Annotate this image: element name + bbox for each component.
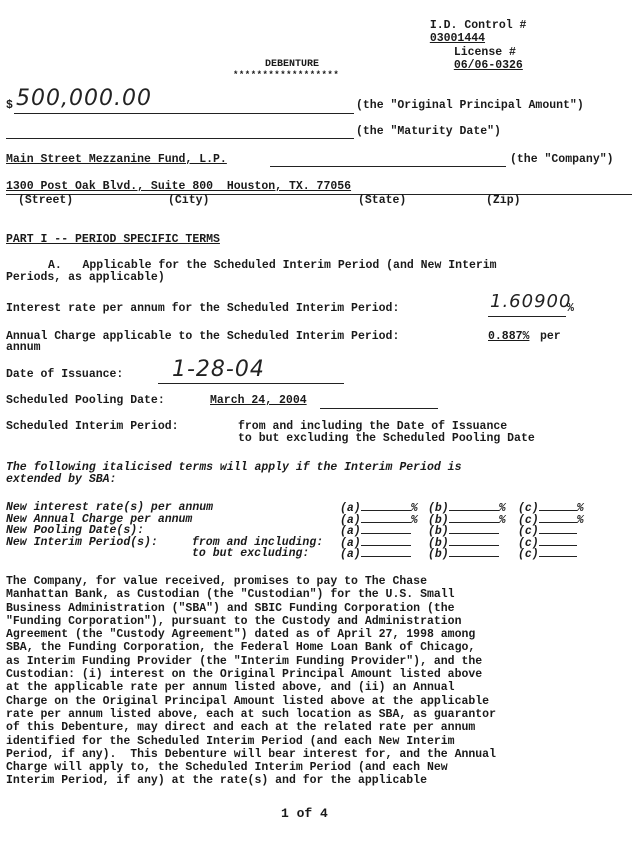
slot-blank-field[interactable] [539, 524, 577, 534]
slot-suffix: % [499, 514, 506, 527]
slot-label: (c) [518, 548, 539, 561]
extension-intro-line2: extended by SBA: [6, 473, 116, 486]
slot-blank-field[interactable] [449, 501, 499, 511]
annual-charge-line2: annum [6, 341, 41, 354]
paragraph-line: Charge on the Original Principal Amount … [6, 695, 626, 708]
caption-street: (Street) [18, 194, 73, 207]
slot-blank-field[interactable] [449, 513, 499, 523]
paragraph-line: as Interim Funding Provider (the "Interi… [6, 655, 626, 668]
slot-blank-field[interactable] [361, 524, 411, 534]
paragraph-line: "Funding Corporation"), pursuant to the … [6, 615, 626, 628]
slot-blank-field[interactable] [361, 547, 411, 557]
maturity-label: (the "Maturity Date") [356, 125, 501, 138]
principal-label: (the "Original Principal Amount") [356, 99, 584, 112]
principal-line [14, 113, 354, 114]
extension-slot: (a) [340, 547, 411, 561]
slot-label: (b) [428, 548, 449, 561]
license: License # 06/06-0326 [440, 33, 523, 72]
slot-blank-field[interactable] [539, 513, 577, 523]
section-a-line2: Periods, as applicable) [6, 271, 165, 284]
slot-blank-field[interactable] [449, 524, 499, 534]
paragraph-line: SBA, the Funding Corporation, the Federa… [6, 641, 626, 654]
pooling-line [320, 408, 438, 409]
slot-blank-field[interactable] [539, 501, 577, 511]
slot-label: (a) [340, 548, 361, 561]
paragraph-line: Business Administration ("SBA") and SBIC… [6, 602, 626, 615]
maturity-line [6, 138, 354, 139]
paragraph-line: at the applicable rate per annum listed … [6, 681, 626, 694]
paragraph-line: Interim Period, if any) at the rate(s) a… [6, 774, 626, 787]
principal-prefix: $ [6, 99, 13, 112]
address-value: 1300 Post Oak Blvd., Suite 800 Houston, … [6, 180, 351, 193]
paragraph-line: Period, if any). This Debenture will bea… [6, 748, 626, 761]
extension-row-sublabel: to but excluding: [192, 547, 309, 560]
interest-suffix: % [567, 302, 574, 315]
slot-blank-field[interactable] [449, 536, 499, 546]
paragraph-line: Agreement (the "Custody Agreement") date… [6, 628, 626, 641]
caption-zip: (Zip) [486, 194, 521, 207]
interim-line2: to but excluding the Scheduled Pooling D… [238, 432, 535, 445]
interim-label: Scheduled Interim Period: [6, 420, 179, 433]
caption-city: (City) [168, 194, 209, 207]
slot-blank-field[interactable] [361, 513, 411, 523]
pooling-value: March 24, 2004 [210, 394, 307, 407]
company-label: (the "Company") [510, 153, 614, 166]
paragraph-line: identified for the Scheduled Interim Per… [6, 735, 626, 748]
part1-heading: PART I -- PERIOD SPECIFIC TERMS [6, 233, 220, 246]
slot-blank-field[interactable] [361, 536, 411, 546]
principal-value: 500,000.00 [16, 86, 152, 111]
slot-suffix: % [577, 514, 584, 527]
slot-blank-field[interactable] [539, 536, 577, 546]
company-value: Main Street Mezzanine Fund, L.P. [6, 153, 227, 166]
issuance-line [158, 383, 344, 384]
license-value: 06/06-0326 [454, 59, 523, 72]
extension-slot: (c) [518, 547, 577, 561]
slot-suffix: % [411, 514, 418, 527]
slot-blank-field[interactable] [361, 501, 411, 511]
company-line [270, 166, 506, 167]
address-line [6, 194, 632, 195]
pooling-label: Scheduled Pooling Date: [6, 394, 165, 407]
annual-charge-label: Annual Charge applicable to the Schedule… [6, 330, 399, 343]
paragraph-line: Charge will apply to, the Scheduled Inte… [6, 761, 626, 774]
interest-line [488, 316, 566, 317]
annual-charge-value: 0.887% [488, 330, 529, 343]
slot-blank-field[interactable] [539, 547, 577, 557]
extension-row-label: New Interim Period(s): [6, 536, 158, 549]
annual-charge-suffix: per [540, 330, 561, 343]
extension-slot: (b) [428, 547, 499, 561]
page-number: 1 of 4 [281, 806, 328, 821]
caption-state: (State) [358, 194, 406, 207]
body-paragraph: The Company, for value received, promise… [6, 575, 626, 788]
document-title: DEBENTURE [265, 59, 319, 70]
slot-blank-field[interactable] [449, 547, 499, 557]
id-control-label: I.D. Control # [430, 19, 527, 32]
title-stars: ****************** [233, 70, 339, 80]
issuance-value: 1-28-04 [172, 357, 265, 382]
issuance-label: Date of Issuance: [6, 368, 123, 381]
paragraph-line: The Company, for value received, promise… [6, 575, 626, 588]
interest-label: Interest rate per annum for the Schedule… [6, 302, 399, 315]
paragraph-line: Manhattan Bank, as Custodian (the "Custo… [6, 588, 626, 601]
paragraph-line: of this Debenture, may direct and each a… [6, 721, 626, 734]
interest-value: 1.60900 [490, 291, 571, 312]
paragraph-line: rate per annum listed above, each at suc… [6, 708, 626, 721]
paragraph-line: Custodian: (i) interest on the Original … [6, 668, 626, 681]
license-label: License # [454, 46, 516, 59]
